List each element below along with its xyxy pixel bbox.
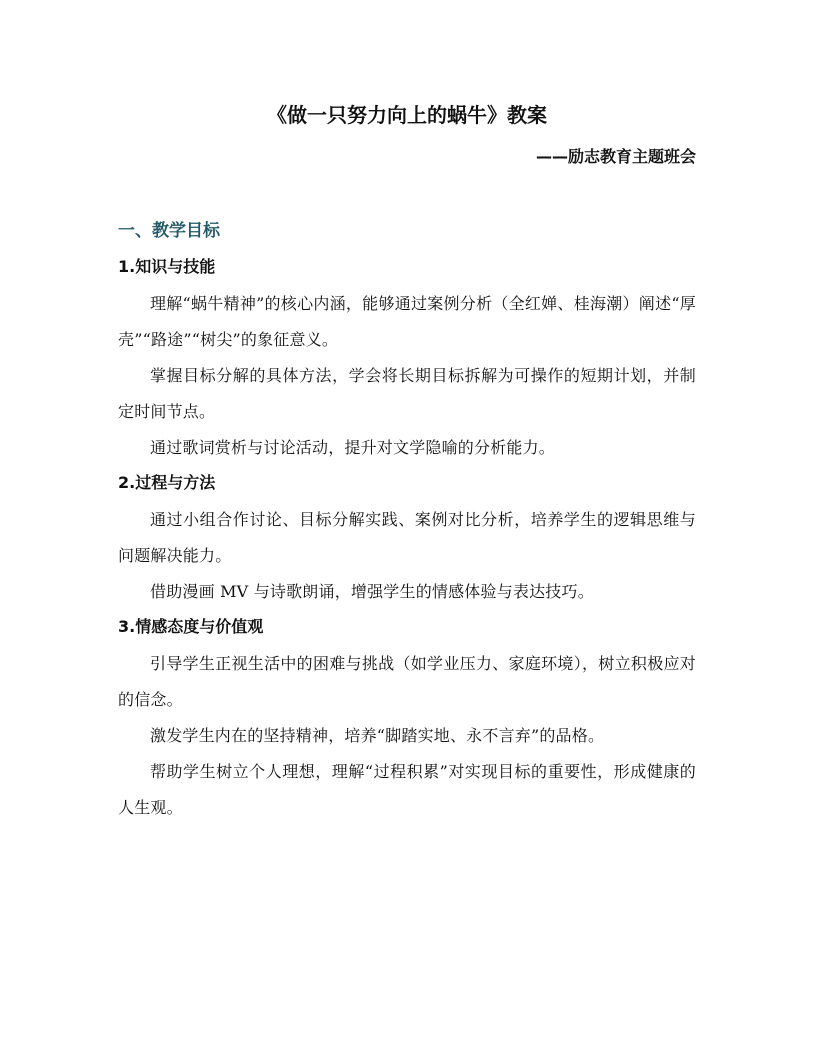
paragraph: 借助漫画 MV 与诗歌朗诵，增强学生的情感体验与表达技巧。 bbox=[118, 574, 696, 610]
subsection-process-methods: 2.过程与方法 通过小组合作讨论、目标分解实践、案例对比分析，培养学生的逻辑思维… bbox=[118, 468, 696, 610]
subsection-heading: 1.知识与技能 bbox=[118, 252, 696, 282]
paragraph: 通过小组合作讨论、目标分解实践、案例对比分析，培养学生的逻辑思维与问题解决能力。 bbox=[118, 502, 696, 574]
subsection-heading: 3.情感态度与价值观 bbox=[118, 612, 696, 642]
document-subtitle: ——励志教育主题班会 bbox=[536, 143, 696, 171]
paragraph: 理解“蜗牛精神”的核心内涵，能够通过案例分析（全红婵、桂海潮）阐述“厚壳”“路途… bbox=[118, 286, 696, 358]
paragraph: 引导学生正视生活中的困难与挑战（如学业压力、家庭环境），树立积极应对的信念。 bbox=[118, 646, 696, 718]
paragraph: 激发学生内在的坚持精神，培养“脚踏实地、永不言弃”的品格。 bbox=[118, 718, 696, 754]
document-title: 《做一只努力向上的蜗牛》教案 bbox=[118, 100, 696, 130]
document-body: 一、教学目标 1.知识与技能 理解“蜗牛精神”的核心内涵，能够通过案例分析（全红… bbox=[118, 216, 696, 828]
section-heading-teaching-goals: 一、教学目标 bbox=[118, 216, 696, 246]
subsection-emotion-values: 3.情感态度与价值观 引导学生正视生活中的困难与挑战（如学业压力、家庭环境），树… bbox=[118, 612, 696, 826]
paragraph: 帮助学生树立个人理想，理解“过程积累”对实现目标的重要性，形成健康的人生观。 bbox=[118, 754, 696, 826]
subsection-heading: 2.过程与方法 bbox=[118, 468, 696, 498]
paragraph: 通过歌词赏析与讨论活动，提升对文学隐喻的分析能力。 bbox=[118, 430, 696, 466]
paragraph: 掌握目标分解的具体方法，学会将长期目标拆解为可操作的短期计划，并制定时间节点。 bbox=[118, 358, 696, 430]
subsection-knowledge-skills: 1.知识与技能 理解“蜗牛精神”的核心内涵，能够通过案例分析（全红婵、桂海潮）阐… bbox=[118, 252, 696, 466]
